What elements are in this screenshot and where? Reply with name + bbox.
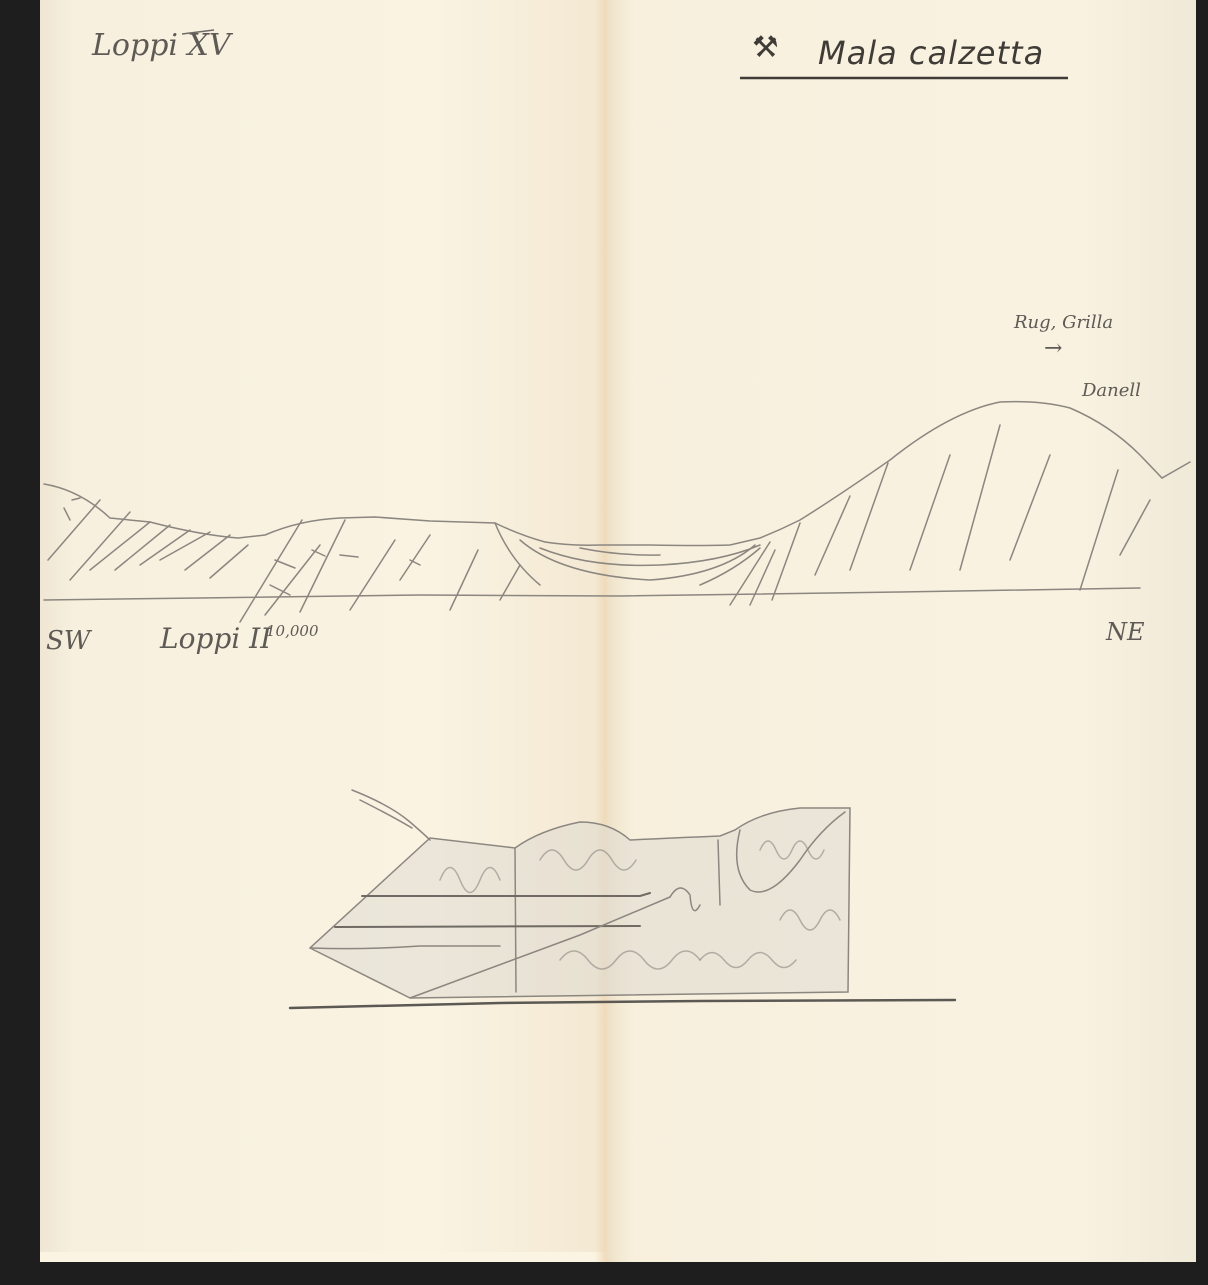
- upper-cross-section: [44, 402, 1190, 622]
- pencil-drawings: [0, 0, 1208, 1285]
- overline-mark: [182, 30, 214, 34]
- lower-cross-section: [290, 790, 955, 1008]
